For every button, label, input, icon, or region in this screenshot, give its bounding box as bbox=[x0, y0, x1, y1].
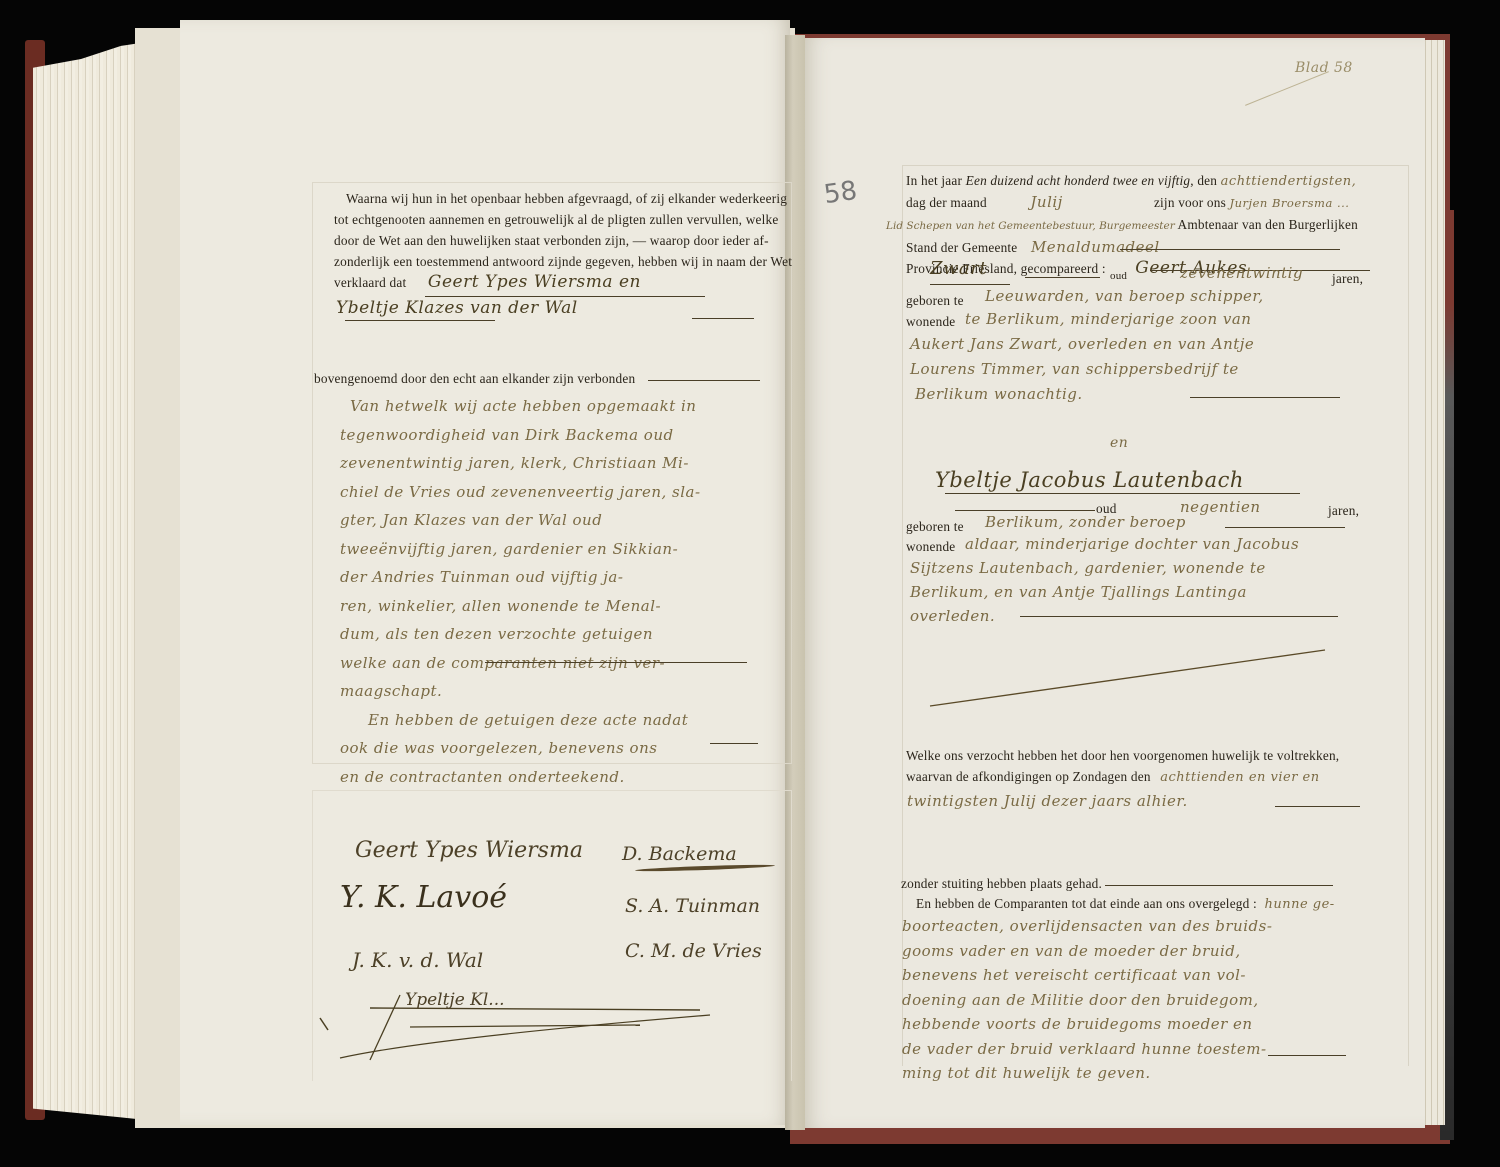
hand-line: doening aan de Militie door den bruidego… bbox=[902, 988, 1272, 1013]
underline bbox=[1275, 806, 1360, 807]
groom-name-2: Zwart bbox=[930, 258, 987, 279]
void-strike-line bbox=[900, 640, 1340, 710]
welke-line: Welke ons verzocht hebben het door hen v… bbox=[906, 745, 1339, 766]
underline bbox=[945, 493, 1300, 494]
hand-line: Aukert Jans Zwart, overleden en van Antj… bbox=[910, 332, 1254, 357]
ambtenaar-label: Ambtenaar van den Burgerlijken bbox=[1178, 217, 1358, 232]
hand-line: maagschapt. bbox=[340, 677, 790, 706]
hand-line: der Andries Tuinman oud vijftig ja- bbox=[340, 563, 790, 592]
left-printed-intro: Waarna wij hun in het openbaar hebben af… bbox=[334, 188, 789, 293]
wonende-label: wonende bbox=[906, 311, 955, 332]
hand-line: Sijtzens Lautenbach, gardenier, wonende … bbox=[910, 556, 1299, 580]
jaren-label: jaren, bbox=[1332, 268, 1363, 289]
underline bbox=[692, 318, 754, 319]
den-label: , den bbox=[1190, 173, 1217, 188]
underline bbox=[955, 510, 1095, 511]
left-handwritten-body: Van hetwelk wij acte hebben opgemaakt in… bbox=[340, 392, 790, 791]
hand-line: tegenwoordigheid van Dirk Backema oud bbox=[340, 421, 790, 450]
underline bbox=[1190, 397, 1340, 398]
bride-age: negentien bbox=[1180, 498, 1261, 516]
gemeente-value: Menaldumadeel bbox=[1031, 238, 1160, 256]
month-line: dag der maand Julij zijn voor ons Jurjen… bbox=[906, 192, 1386, 214]
underline bbox=[1020, 616, 1338, 617]
signature-witness-devries: C. M. de Vries bbox=[625, 940, 762, 962]
hand-line: gter, Jan Klazes van der Wal oud bbox=[340, 506, 790, 535]
year-words: Een duizend acht honderd twee en vijftig bbox=[966, 173, 1191, 188]
year-line: In het jaar Een duizend acht honderd twe… bbox=[906, 170, 1386, 192]
hand-line: dum, als ten dezen verzochte getuigen bbox=[340, 620, 790, 649]
hand-line: ook die was voorgelezen, benevens ons bbox=[340, 734, 790, 763]
bride-details: aldaar, minderjarige dochter van Jacobus… bbox=[965, 532, 1299, 628]
bride-name: Ybeltje Jacobus Lautenbach bbox=[935, 468, 1244, 492]
welke-printed: Welke ons verzocht hebben het door hen v… bbox=[906, 745, 1339, 788]
hand-line: En hebben de getuigen deze acte nadat bbox=[340, 706, 790, 735]
signature-groom: Geert Ypes Wiersma bbox=[355, 838, 583, 863]
conjunction-en: en bbox=[1110, 435, 1128, 451]
official-value-1: Jurjen Broersma ... bbox=[1230, 196, 1350, 210]
hand-line: benevens het vereischt certificaat van v… bbox=[902, 963, 1272, 988]
hand-line: te Berlikum, minderjarige zoon van bbox=[965, 307, 1254, 332]
geboren-label-bride: geboren te bbox=[906, 516, 964, 537]
verklaard-label: verklaard dat bbox=[334, 275, 406, 290]
hand-line: chiel de Vries oud zevenenveertig jaren,… bbox=[340, 478, 790, 507]
jaren-label-bride: jaren, bbox=[1328, 500, 1359, 521]
intro-line: Waarna wij hun in het openbaar hebben af… bbox=[334, 188, 789, 209]
bride-born: Berlikum, zonder beroep bbox=[985, 513, 1186, 531]
signature-witness-backema: D. Backema bbox=[622, 843, 737, 865]
hand-line: tweeënvijftig jaren, gardenier en Sikkia… bbox=[340, 535, 790, 564]
en-hebben-line: En hebben de Comparanten tot dat einde a… bbox=[916, 893, 1335, 915]
hand-line: Berlikum, en van Antje Tjallings Lanting… bbox=[910, 580, 1299, 604]
overgelegd-start: hunne ge- bbox=[1264, 897, 1334, 912]
underline bbox=[1268, 1055, 1346, 1056]
welke-line: waarvan de afkondigingen op Zondagen den… bbox=[906, 766, 1339, 788]
groom-details: te Berlikum, minderjarige zoon van Auker… bbox=[965, 307, 1254, 407]
wonende-label-bride: wonende bbox=[906, 536, 955, 557]
stand-label: Stand der Gemeente bbox=[906, 240, 1017, 255]
afkondigingen-1: achttienden en vier en bbox=[1160, 770, 1319, 785]
day-value: achttiendertigsten, bbox=[1221, 174, 1357, 189]
signature-witness-vdwal: J. K. v. d. Wal bbox=[352, 948, 483, 972]
underline bbox=[930, 284, 1010, 285]
hand-line: ming tot dit huwelijk te geven. bbox=[902, 1061, 1272, 1086]
underline bbox=[1225, 527, 1345, 528]
hand-line: boorteacten, overlijdensacten van des br… bbox=[902, 914, 1272, 939]
declared-names-1: Geert Ypes Wiersma en bbox=[428, 272, 641, 292]
folio-pencil-number: 58 bbox=[822, 176, 859, 210]
underline bbox=[425, 296, 705, 297]
waarvan-label: waarvan de afkondigingen op Zondagen den bbox=[906, 769, 1151, 784]
hand-line: de vader der bruid verklaard hunne toest… bbox=[902, 1037, 1272, 1062]
underline bbox=[485, 662, 747, 663]
underline bbox=[648, 380, 760, 381]
signature-lavoe: Y. K. Lavoé bbox=[340, 880, 507, 915]
official-value-2: Lid Schepen van het Gemeentebestuur, Bur… bbox=[886, 220, 1175, 232]
zonder-stuiting: zonder stuiting hebben plaats gehad. bbox=[901, 873, 1102, 894]
declared-names-2: Ybeltje Klazes van der Wal bbox=[336, 298, 578, 318]
groom-born: Leeuwarden, van beroep schipper, bbox=[985, 287, 1264, 305]
groom-age: zevenentwintig bbox=[1180, 264, 1303, 282]
underline bbox=[1105, 885, 1333, 886]
oud-label: oud bbox=[1110, 266, 1127, 287]
hand-line: gooms vader en van de moeder der bruid, bbox=[902, 939, 1272, 964]
underline bbox=[710, 743, 758, 744]
hand-line: Van hetwelk wij acte hebben opgemaakt in bbox=[340, 392, 790, 421]
hand-line: hebbende voorts de bruidegoms moeder en bbox=[902, 1012, 1272, 1037]
intro-line: door de Wet aan den huwelijken staat ver… bbox=[334, 230, 789, 251]
hand-line: aldaar, minderjarige dochter van Jacobus bbox=[965, 532, 1299, 556]
dag-label: dag der maand bbox=[906, 195, 987, 210]
signature-witness-tuinman: S. A. Tuinman bbox=[625, 895, 760, 917]
intro-line: tot echtgenooten aannemen en getrouwelij… bbox=[334, 209, 789, 230]
overgelegd-details: boorteacten, overlijdensacten van des br… bbox=[902, 914, 1272, 1086]
intro-line: zonderlijk een toestemmend antwoord zijn… bbox=[334, 251, 789, 272]
month-value: Julij bbox=[990, 192, 1150, 213]
hand-line: zevenentwintig jaren, klerk, Christiaan … bbox=[340, 449, 790, 478]
official-line: Lid Schepen van het Gemeentebestuur, Bur… bbox=[886, 214, 1386, 237]
underline bbox=[345, 320, 495, 321]
bound-printed-line: bovengenoemd door den echt aan elkander … bbox=[314, 368, 635, 389]
en-hebben-label: En hebben de Comparanten tot dat einde a… bbox=[916, 896, 1257, 911]
underline bbox=[1120, 249, 1340, 250]
afkondigingen-2: twintigsten Julij dezer jaars alhier. bbox=[907, 792, 1188, 810]
hand-line: en de contractanten onderteekend. bbox=[340, 763, 790, 792]
geboren-label: geboren te bbox=[906, 290, 964, 311]
gemeente-line: Stand der Gemeente Menaldumadeel bbox=[906, 237, 1386, 258]
hand-line: ren, winkelier, allen wonende te Menal- bbox=[340, 592, 790, 621]
year-prefix: In het jaar bbox=[906, 173, 962, 188]
hand-line: Berlikum wonachtig. bbox=[915, 382, 1254, 407]
signature-flourish-lines bbox=[310, 990, 770, 1070]
voor-ons-label: zijn voor ons bbox=[1154, 195, 1226, 210]
underline bbox=[1025, 277, 1100, 278]
intro-line: verklaard dat Geert Ypes Wiersma en bbox=[334, 272, 789, 293]
hand-line: Lourens Timmer, van schippersbedrijf te bbox=[910, 357, 1254, 382]
